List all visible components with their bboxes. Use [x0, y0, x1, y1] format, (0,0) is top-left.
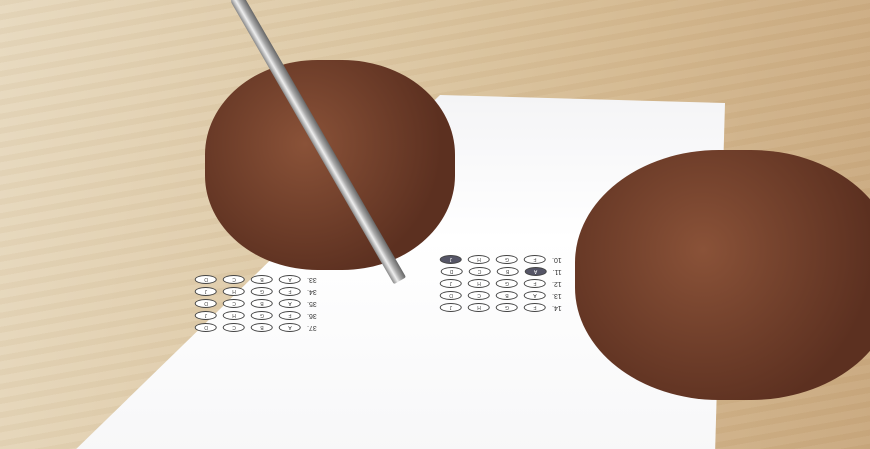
answer-bubble: H: [468, 255, 490, 264]
answer-bubble: A: [279, 299, 301, 308]
answer-bubble: B: [251, 323, 273, 332]
answer-bubble: C: [223, 323, 245, 332]
question-number: 36.: [307, 312, 317, 319]
answer-column-left: 37.ABCD36.FGHJ35.ABCD34.FGHJ33.ABCD: [195, 275, 317, 332]
answer-bubble: D: [440, 291, 462, 300]
question-number: 34.: [307, 288, 317, 295]
answer-bubble: J: [440, 303, 462, 312]
answer-bubble: G: [496, 255, 518, 264]
answer-bubble: J: [440, 255, 462, 264]
answer-bubble: B: [496, 291, 518, 300]
answer-bubble: G: [251, 287, 273, 296]
question-number: 35.: [307, 300, 317, 307]
answer-bubble: G: [496, 303, 518, 312]
answer-row: 13.ABCD: [440, 291, 562, 300]
answer-bubble: C: [223, 299, 245, 308]
answer-bubble: A: [279, 323, 301, 332]
answer-bubble: D: [195, 323, 217, 332]
question-number: 11.: [553, 268, 562, 275]
answer-bubble: G: [251, 311, 273, 320]
answer-row: 33.ABCD: [195, 275, 317, 284]
answer-row: 34.FGHJ: [195, 287, 317, 296]
answer-row: 10.FGHJ: [440, 255, 562, 264]
answer-row: 35.ABCD: [195, 299, 317, 308]
answer-bubble: H: [223, 287, 245, 296]
answer-bubble: F: [279, 287, 301, 296]
question-number: 12.: [552, 280, 562, 287]
answer-bubble: F: [524, 279, 546, 288]
answer-row: 37.ABCD: [195, 323, 317, 332]
answer-bubble: A: [524, 291, 546, 300]
answer-row: 11.ABCD: [440, 267, 562, 276]
answer-bubble: C: [223, 275, 245, 284]
answer-bubble: H: [223, 311, 245, 320]
question-number: 13.: [552, 292, 562, 299]
answer-bubble: C: [469, 267, 491, 276]
answer-bubble: B: [251, 275, 273, 284]
question-number: 37.: [307, 324, 317, 331]
answer-bubble: A: [525, 267, 547, 276]
answer-column-right: 14.FGHJ13.ABCD12.FGHJ11.ABCD10.FGHJ: [440, 255, 562, 312]
answer-bubble: C: [468, 291, 490, 300]
answer-bubble: D: [441, 267, 463, 276]
answer-bubble: B: [497, 267, 519, 276]
answer-bubble: J: [195, 311, 217, 320]
answer-bubble: J: [440, 279, 462, 288]
question-number: 10.: [552, 256, 562, 263]
answer-bubble: G: [496, 279, 518, 288]
scene-description: Close-up of two hands filling in a multi…: [0, 0, 1, 1]
answer-bubble: J: [195, 287, 217, 296]
answer-bubble: A: [279, 275, 301, 284]
answer-row: 14.FGHJ: [440, 303, 562, 312]
question-number: 14.: [552, 304, 562, 311]
resting-hand: [575, 150, 870, 400]
answer-bubble: B: [251, 299, 273, 308]
answer-bubble: H: [468, 279, 490, 288]
answer-bubble: D: [195, 299, 217, 308]
answer-row: 12.FGHJ: [440, 279, 562, 288]
answer-bubble: H: [468, 303, 490, 312]
answer-row: 36.FGHJ: [195, 311, 317, 320]
answer-bubble: D: [195, 275, 217, 284]
question-number: 33.: [307, 276, 317, 283]
answer-bubble: F: [524, 303, 546, 312]
answer-bubble: F: [279, 311, 301, 320]
answer-bubble: F: [524, 255, 546, 264]
